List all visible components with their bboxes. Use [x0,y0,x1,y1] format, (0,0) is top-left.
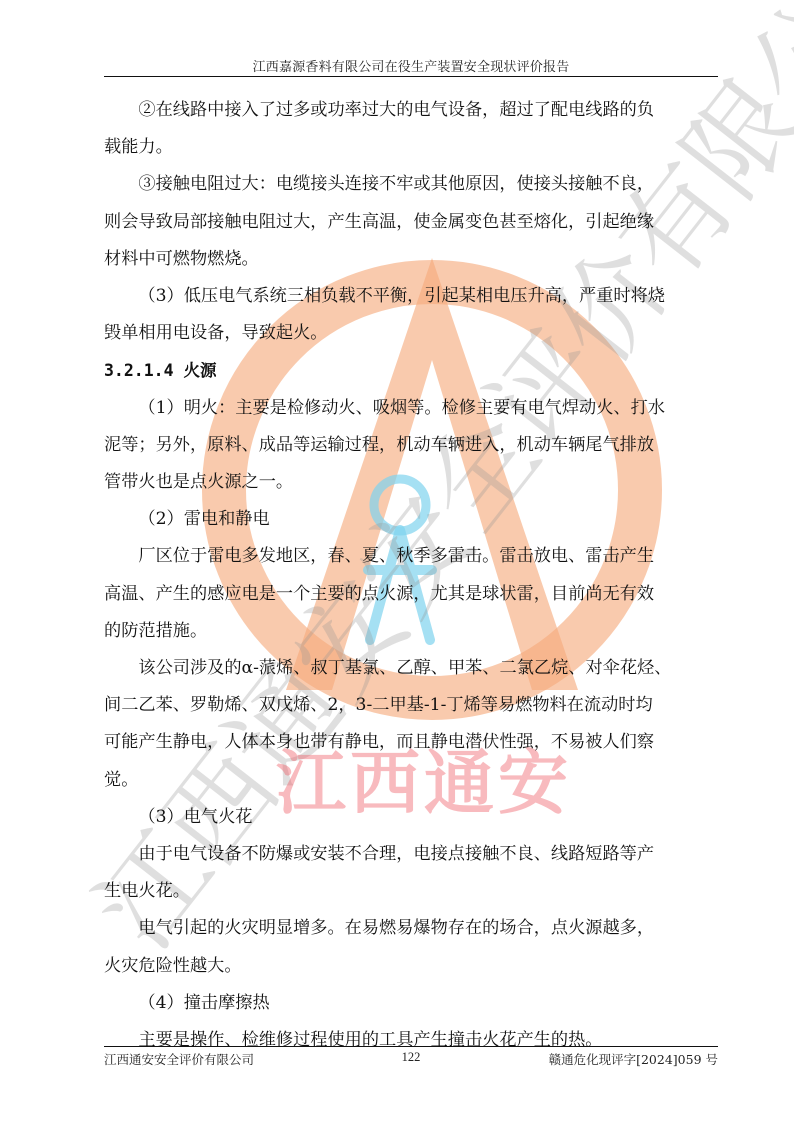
page-header-title: 江西嘉源香料有限公司在役生产装置安全现状评价报告 [104,56,718,76]
paragraph-electric-spark: 由于电气设备不防爆或安装不合理，电接点接触不良、线路短路等产 生电火花。 [104,836,718,910]
subheading-impact-friction: （4）撞击摩擦热 [104,985,718,1022]
document-page: 江西通安安全评价有限公司 江西通安 江西嘉源香料有限公司在役生产装置安全现状评价… [0,0,794,1123]
text-line: 火灾危险性越大。 [70,948,718,985]
text-line: 生电火花。 [70,873,718,910]
text-line: 管带火也是点火源之一。 [70,464,718,501]
document-body: ②在线路中接入了过多或功率过大的电气设备，超过了配电线路的负 载能力。 ③接触电… [104,92,718,1059]
subheading-lightning-static: （2）雷电和静电 [104,501,718,538]
paragraph-contact-resistance: ③接触电阻过大：电缆接头连接不牢或其他原因，使接头接触不良， 则会导致局部接触电… [104,166,718,278]
text-line: 载能力。 [70,129,718,166]
text-line: ②在线路中接入了过多或功率过大的电气设备，超过了配电线路的负 [104,92,718,129]
section-heading: 3.2.1.4 火源 [104,352,718,389]
paragraph-overload: ②在线路中接入了过多或功率过大的电气设备，超过了配电线路的负 载能力。 [104,92,718,166]
text-line: 电气引起的火灾明显增多。在易燃易爆物存在的场合，点火源越多， [104,910,718,947]
paragraph-open-flame: （1）明火：主要是检修动火、吸烟等。检修主要有电气焊动火、打水 泥等；另外，原料… [104,390,718,502]
subheading-electric-spark: （3）电气火花 [104,799,718,836]
section-number: 3.2.1.4 [104,361,174,380]
text-line: 可能产生静电，人体本身也带有静电，而且静电潜伏性强，不易被人们察 [70,724,718,761]
text-line: 毁单相用电设备，导致起火。 [70,315,718,352]
paragraph-static-materials: 该公司涉及的α-蒎烯、叔丁基氯、乙醇、甲苯、二氯乙烷、对伞花烃、 间二乙苯、罗勒… [104,650,718,799]
text-line: ③接触电阻过大：电缆接头连接不牢或其他原因，使接头接触不良， [104,166,718,203]
text-line: 高温、产生的感应电是一个主要的点火源，尤其是球状雷，目前尚无有效 [70,576,718,613]
paragraph-electric-fire: 电气引起的火灾明显增多。在易燃易爆物存在的场合，点火源越多， 火灾危险性越大。 [104,910,718,984]
text-line: 泥等；另外，原料、成品等运输过程，机动车辆进入，机动车辆尾气排放 [70,427,718,464]
text-line: 觉。 [70,762,718,799]
text-line: 的防范措施。 [70,613,718,650]
header-divider [104,76,718,77]
text-line: 间二乙苯、罗勒烯、双戊烯、2，3-二甲基-1-丁烯等易燃物料在流动时均 [70,687,718,724]
paragraph-lightning: 厂区位于雷电多发地区，春、夏、秋季多雷击。雷击放电、雷击产生 高温、产生的感应电… [104,538,718,650]
text-line: 厂区位于雷电多发地区，春、夏、秋季多雷击。雷击放电、雷击产生 [104,538,718,575]
text-line: 由于电气设备不防爆或安装不合理，电接点接触不良、线路短路等产 [104,836,718,873]
text-line: 该公司涉及的α-蒎烯、叔丁基氯、乙醇、甲苯、二氯乙烷、对伞花烃、 [104,650,718,687]
paragraph-impact-friction: 主要是操作、检维修过程使用的工具产生撞击火花产生的热。 [104,1022,718,1059]
text-line: （3）低压电气系统三相负载不平衡，引起某相电压升高，严重时将烧 [104,278,718,315]
paragraph-unbalanced-load: （3）低压电气系统三相负载不平衡，引起某相电压升高，严重时将烧 毁单相用电设备，… [104,278,718,352]
text-line: 材料中可燃物燃烧。 [70,241,718,278]
text-line: （1）明火：主要是检修动火、吸烟等。检修主要有电气焊动火、打水 [104,390,718,427]
text-line: 则会导致局部接触电阻过大，产生高温，使金属变色甚至熔化，引起绝缘 [70,204,718,241]
text-line: 主要是操作、检维修过程使用的工具产生撞击火花产生的热。 [104,1022,718,1059]
section-title: 火源 [183,361,216,380]
